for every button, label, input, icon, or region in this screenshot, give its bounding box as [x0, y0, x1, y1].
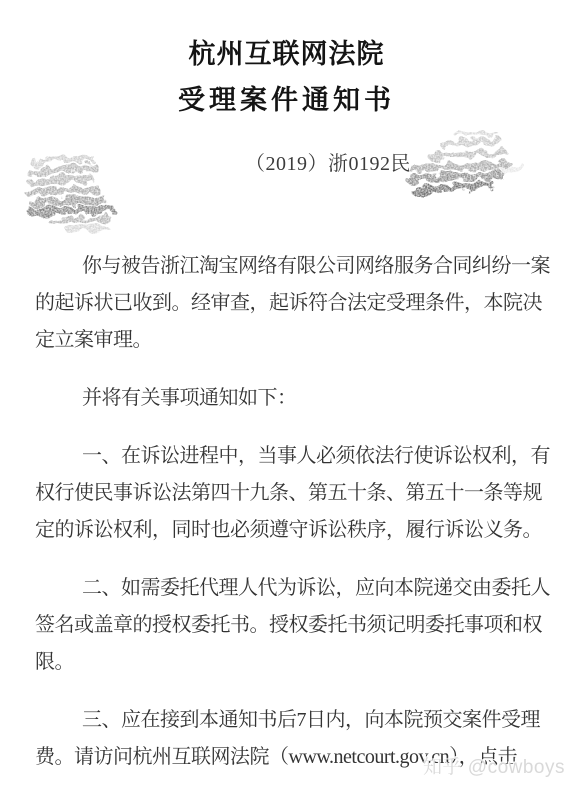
- document-line: 三、应在接到本通知书后7日内，向本院预交案件受理: [35, 702, 543, 739]
- case-number: （2019）浙0192民: [245, 153, 573, 176]
- paragraph-item-1: 一、在诉讼进程中，当事人必须依法行使诉讼权利，有权行使民事诉讼法第四十九条、第五…: [35, 438, 543, 549]
- document-line: 定立案审理。: [35, 322, 543, 359]
- document-line: 并将有关事项通知如下：: [35, 380, 543, 417]
- document-line: 的起诉状已收到。经审查，起诉符合法定受理条件，本院决: [35, 285, 543, 322]
- pencil-scribble-redaction-icon: [22, 148, 122, 246]
- zhihu-watermark: 知乎 @cowboys: [423, 752, 565, 779]
- document-line: 权行使民事诉讼法第四十九条、第五十条、第五十一条等规: [35, 475, 543, 512]
- court-name: 杭州互联网法院: [0, 0, 573, 70]
- paragraph-item-2: 二、如需委托代理人代为诉讼，应向本院递交由委托人签名或盖章的授权委托书。授权委托…: [35, 570, 543, 681]
- document-body: 你与被告浙江淘宝网络有限公司网络服务合同纠纷一案的起诉状已收到。经审查，起诉符合…: [35, 248, 543, 776]
- document-title: 受理案件通知书: [0, 84, 573, 116]
- document-line: 一、在诉讼进程中，当事人必须依法行使诉讼权利，有: [35, 438, 543, 475]
- document-line: 签名或盖章的授权委托书。授权委托书须记明委托事项和权: [35, 607, 543, 644]
- paragraph-notice-lead: 并将有关事项通知如下：: [35, 380, 543, 417]
- paragraph-intro: 你与被告浙江淘宝网络有限公司网络服务合同纠纷一案的起诉状已收到。经审查，起诉符合…: [35, 248, 543, 359]
- notice-document-page: 杭州互联网法院 受理案件通知书 （2019）浙0192民 你与被告浙江淘宝网络有…: [0, 0, 573, 787]
- document-line: 定的诉讼权利，同时也必须遵守诉讼秩序，履行诉讼义务。: [35, 512, 543, 549]
- document-line: 二、如需委托代理人代为诉讼，应向本院递交由委托人: [35, 570, 543, 607]
- document-line: 限。: [35, 644, 543, 681]
- document-line: 你与被告浙江淘宝网络有限公司网络服务合同纠纷一案: [35, 248, 543, 285]
